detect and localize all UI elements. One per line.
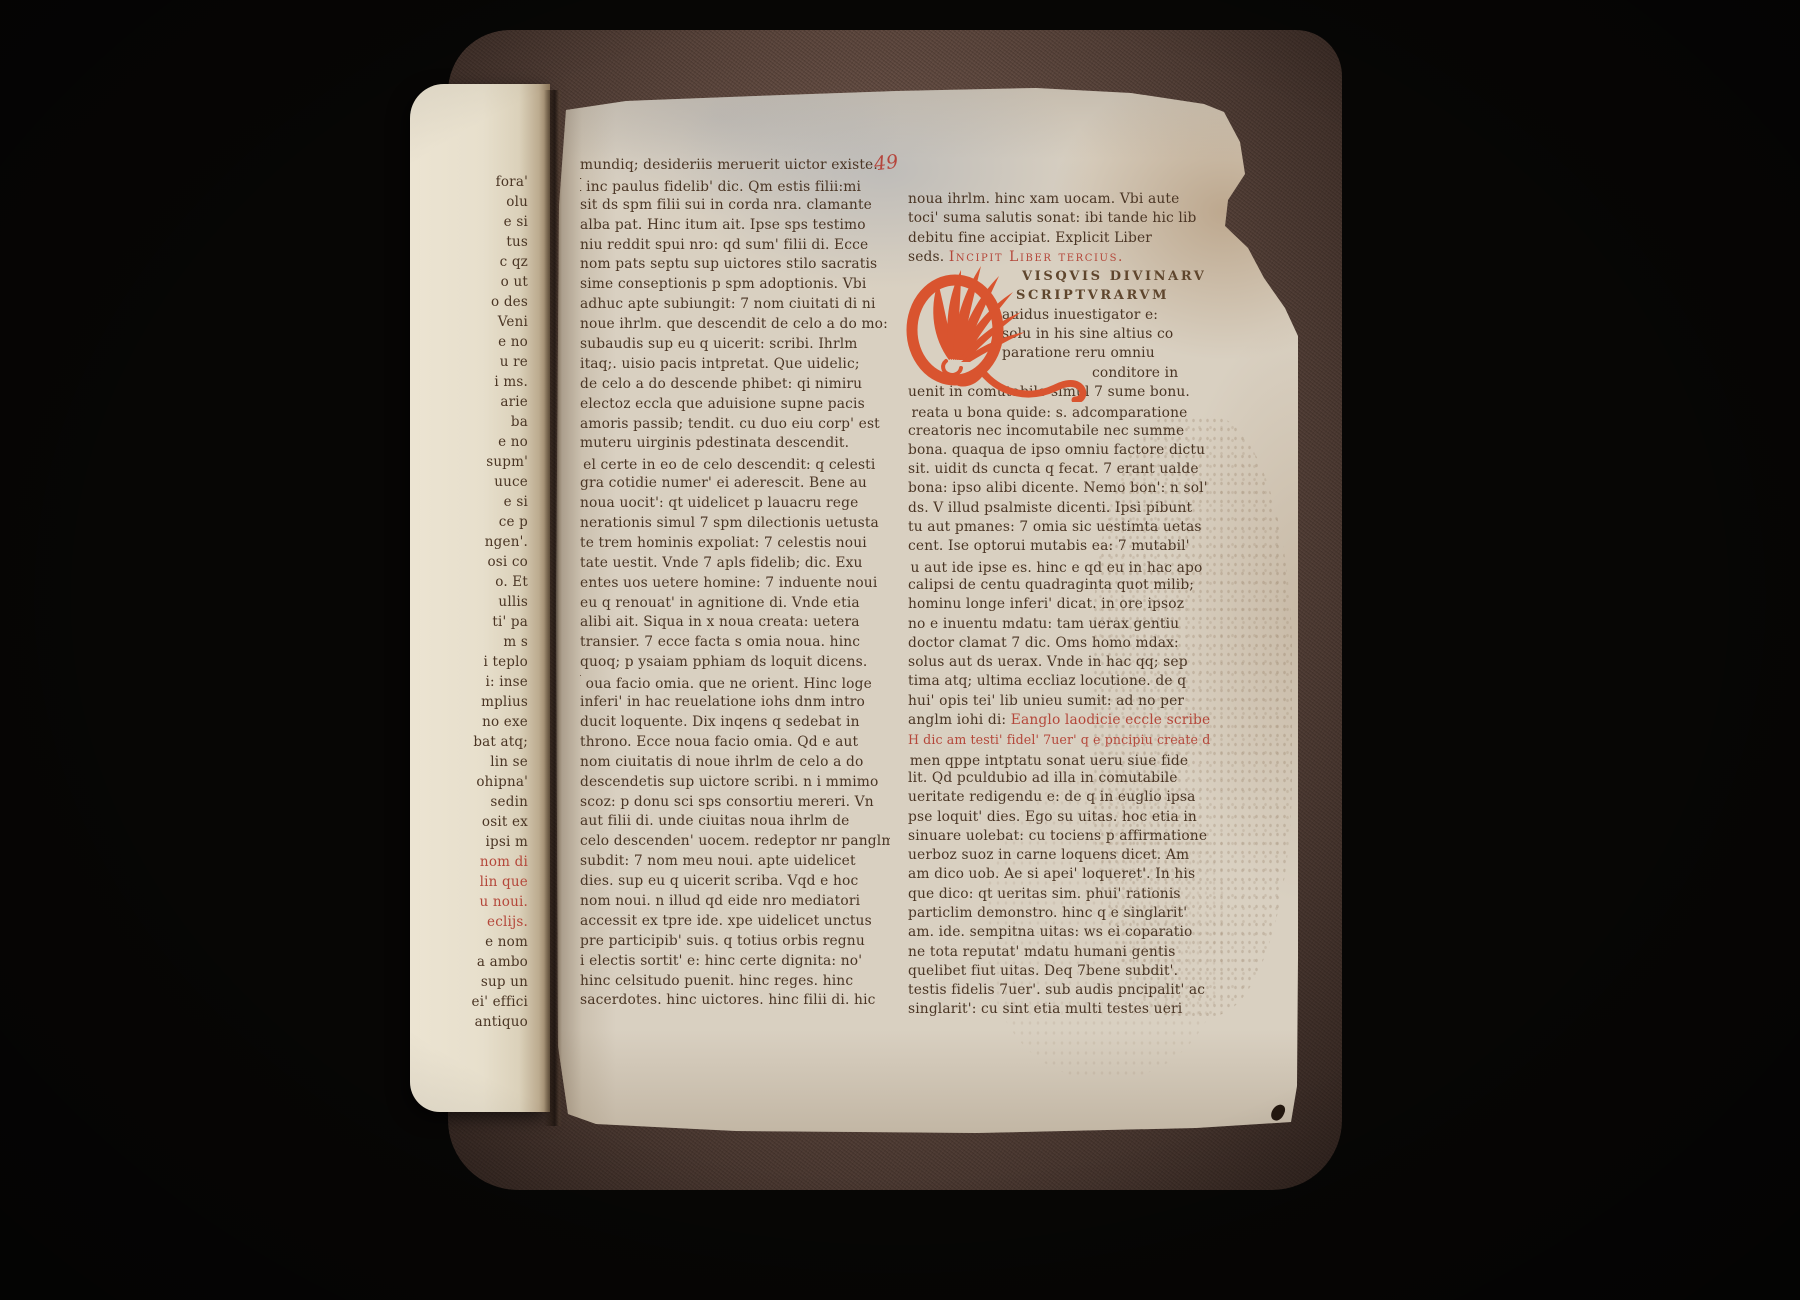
text-line: subaudis sup eu q uicerit: scribi. Ihrlm — [580, 335, 890, 355]
text-line: u noui. — [410, 892, 538, 912]
text-line: solus aut ds uerax. Vnde in hac qq; sep — [908, 653, 1210, 672]
text-line: electoz eccla que aduisione supne pacis — [580, 395, 890, 415]
text-line: lit. Qd pculdubio ad illa in comutabile — [908, 769, 1210, 788]
text-line: e nom — [410, 932, 538, 952]
text-line: ueritate redigendu e: de q in euglio ips… — [908, 788, 1210, 807]
text-run: accessit ex tpre ide. xpe uidelicet unct… — [580, 913, 872, 929]
text-line: ngen'. — [410, 532, 538, 552]
text-line: scoz: p donu sci sps consortiu mereri. V… — [580, 793, 890, 813]
previous-page-fragments: fora'olue situsc qzo uto desVenie nou re… — [410, 172, 538, 1032]
text-run: lit. Qd pculdubio ad illa in comutabile — [908, 770, 1178, 786]
text-line: Veni — [410, 312, 538, 332]
text-line: eclijs. — [410, 912, 538, 932]
manuscript-photo: fora'olue situsc qzo uto desVenie nou re… — [0, 0, 1800, 1300]
text-line: singlarit': cu sint etia multi testes ue… — [908, 1000, 1210, 1019]
text-run: oua facio omia. que ne orient. Hinc loge — [586, 676, 872, 692]
text-run: tus — [506, 234, 528, 250]
text-run: ce p — [499, 514, 528, 530]
text-run: bona: ipso alibi dicente. Nemo bon': n s… — [908, 480, 1208, 496]
text-line: te trem hominis expoliat: 7 celestis nou… — [580, 534, 890, 554]
text-run: sit. uidit ds cuncta q fecat. 7 erant ua… — [908, 461, 1199, 477]
text-run: i electis sortit' e: hinc certe dignita:… — [580, 953, 862, 969]
text-run: uuce — [494, 474, 528, 490]
text-run: reata u bona quide: s. adcomparatione — [911, 405, 1187, 421]
text-line: aut filii di. unde ciuitas noua ihrlm de — [580, 812, 890, 832]
text-line: hominu longe inferi' dicat. in ore ipsoz — [908, 595, 1210, 614]
text-run: ohipna' — [476, 774, 528, 790]
text-line: transier. 7 ecce facta s omia noua. hinc — [580, 633, 890, 653]
text-line: i: inse — [410, 672, 538, 692]
ink-blot — [1269, 1102, 1287, 1122]
text-run: que dico: qt ueritas sim. phui' rationis — [908, 886, 1181, 902]
text-line: eu q renouat' in agnitione di. Vnde etia — [580, 594, 890, 614]
text-line: que dico: qt ueritas sim. phui' rationis — [908, 885, 1210, 904]
text-run: gra cotidie numer' ei aderescit. Bene au — [580, 475, 867, 491]
text-line: o des — [410, 292, 538, 312]
initial-q-tail — [981, 370, 1083, 400]
text-line: nom pats septu sup uictores stilo sacrat… — [580, 255, 890, 275]
text-run: te trem hominis expoliat: 7 celestis nou… — [580, 535, 867, 551]
text-run: e si — [504, 214, 528, 230]
text-run: supm' — [486, 454, 528, 470]
text-line: Amen qppe intptatu sonat ueru siue fide — [908, 750, 1210, 769]
previous-page-edge: fora'olue situsc qzo uto desVenie nou re… — [410, 84, 550, 1112]
text-line: sup un — [410, 972, 538, 992]
text-line: e si — [410, 492, 538, 512]
text-line: Creata u bona quide: s. adcomparatione — [908, 402, 1210, 421]
text-line: uuce — [410, 472, 538, 492]
text-run: e no — [498, 434, 528, 450]
text-run: lin que — [480, 874, 528, 890]
text-line: mplius — [410, 692, 538, 712]
text-run: electoz eccla que aduisione supne pacis — [580, 396, 865, 412]
text-run: muteru uirginis pdestinata descendit. — [580, 435, 849, 451]
text-line: cent. Ise optorui mutabis ea: 7 mutabil' — [908, 537, 1210, 556]
text-line: ba — [410, 412, 538, 432]
text-line: quelibet fiut uitas. Deq 7bene subdit'. — [908, 962, 1210, 981]
text-run: o ut — [501, 274, 528, 290]
text-run: el certe in eo de celo descendit: q cele… — [583, 457, 875, 473]
text-line: noua ihrlm. hinc xam uocam. Vbi aute — [908, 190, 1210, 209]
text-run: tu aut pmanes: 7 omia sic uestimta uetas — [908, 519, 1202, 535]
text-line: Tu aut ide ipse es. hinc e qd eu in hac … — [908, 557, 1210, 576]
text-run: e si — [504, 494, 528, 510]
text-column-left: mundiq; desideriis meruerit uictor exist… — [580, 156, 890, 1011]
text-run: alibi ait. Siqua in x noua creata: ueter… — [580, 614, 860, 630]
text-run: debitu fine accipiat. Explicit Liber — [908, 230, 1152, 246]
text-run: Eanglo laodicie eccle scribe. — [1011, 712, 1210, 728]
text-run: i: inse — [486, 674, 529, 690]
text-line: alibi ait. Siqua in x noua creata: ueter… — [580, 613, 890, 633]
text-line: alba pat. Hinc itum ait. Ipse sps testim… — [580, 216, 890, 236]
text-run: e no — [498, 334, 528, 350]
text-run: hinc celsitudo puenit. hinc reges. hinc — [580, 973, 853, 989]
text-run: conditore in — [1092, 365, 1178, 381]
text-line: osit ex — [410, 812, 538, 832]
text-line: am dico uob. Ae si apei' loqueret'. In h… — [908, 865, 1210, 884]
text-line: de celo a do descende phibet: qi nimiru — [580, 375, 890, 395]
initial-q-curl — [943, 361, 961, 375]
text-run: sime conseptionis p spm adoptionis. Vbi — [580, 276, 866, 292]
text-line: muteru uirginis pdestinata descendit. — [580, 434, 890, 454]
text-run: hui' opis tei' lib unieu sumit: ad no pe… — [908, 693, 1184, 709]
text-line: antiquo — [410, 1012, 538, 1032]
text-line: ne tota reputat' mdatu humani gentis — [908, 943, 1210, 962]
text-run: H dic am testi' fidel' 7uer' q e pncipiu… — [908, 732, 1210, 747]
text-run: sit ds spm filii sui in corda nra. clama… — [580, 197, 872, 213]
text-run: doctor clamat 7 dic. Oms homo mdax: — [908, 635, 1179, 651]
text-line: mundiq; desideriis meruerit uictor exist… — [580, 156, 890, 176]
text-run: i teplo — [483, 654, 528, 670]
text-run: ducit loquente. Dix inqens q sedebat in — [580, 714, 860, 730]
text-run: ti' pa — [492, 614, 528, 630]
text-line: amoris passib; tendit. cu duo eiu corp' … — [580, 415, 890, 435]
text-line: niu reddit spui nro: qd sum' filii di. E… — [580, 236, 890, 256]
text-run: nom ciuitatis di noue ihrlm de celo a do — [580, 754, 863, 770]
text-line: osi co — [410, 552, 538, 572]
text-line: anglm iohi di: Eanglo laodicie eccle scr… — [908, 711, 1210, 730]
text-line: i teplo — [410, 652, 538, 672]
text-run: hominu longe inferi' dicat. in ore ipsoz — [908, 596, 1184, 612]
text-run: nom pats septu sup uictores stilo sacrat… — [580, 256, 877, 272]
text-run: o. Et — [495, 574, 528, 590]
text-run: toci' suma salutis sonat: ibi tande hic … — [908, 210, 1197, 226]
text-run: bona. quaqua de ipso omniu factore dictu — [908, 442, 1205, 458]
text-line: nom noui. n illud qd eide nro mediatori — [580, 892, 890, 912]
text-run: quoq; p ysaiam pphiam ds loquit dicens. — [580, 654, 867, 670]
text-line: no e inuentu mdatu: tam uerax gentiu — [908, 615, 1210, 634]
text-line: Noua facio omia. que ne orient. Hinc log… — [580, 673, 890, 693]
text-line: hui' opis tei' lib unieu sumit: ad no pe… — [908, 692, 1210, 711]
text-line: i ms. — [410, 372, 538, 392]
text-run: c qz — [500, 254, 528, 270]
text-run: dies. sup eu q uicerit scriba. Vqd e hoc — [580, 873, 858, 889]
text-line: e no — [410, 332, 538, 352]
text-run: adhuc apte subiungit: 7 nom ciuitati di … — [580, 296, 876, 312]
text-run: tate uestit. Vnde 7 apls fidelib; dic. E… — [580, 555, 863, 571]
gutter-shadow — [544, 90, 562, 1126]
text-run: subdit: 7 nom meu noui. apte uidelicet — [580, 853, 856, 869]
text-run: ueritate redigendu e: de q in euglio ips… — [908, 789, 1196, 805]
text-line: lin se — [410, 752, 538, 772]
text-run: fora' — [496, 174, 528, 190]
text-line: ohipna' — [410, 772, 538, 792]
text-line: arie — [410, 392, 538, 412]
text-run: singlarit': cu sint etia multi testes ue… — [908, 1001, 1182, 1017]
text-run: u re — [500, 354, 528, 370]
text-run: ds. V illud psalmiste dicenti. Ipsi pibu… — [908, 500, 1192, 516]
text-line: m s — [410, 632, 538, 652]
text-run: inc paulus fidelib' dic. Qm estis filii:… — [586, 179, 861, 195]
text-line: uerboz suoz in carne loquens dicet. Am — [908, 846, 1210, 865]
text-line: lin que — [410, 872, 538, 892]
text-line: Hinc paulus fidelib' dic. Qm estis filii… — [580, 176, 890, 196]
text-line: debitu fine accipiat. Explicit Liber — [908, 229, 1210, 248]
text-run: m s — [503, 634, 528, 650]
text-line: quoq; p ysaiam pphiam ds loquit dicens. — [580, 653, 890, 673]
text-run: quelibet fiut uitas. Deq 7bene subdit'. — [908, 963, 1178, 979]
text-run: tima atq; ultima eccliaz locutione. de q — [908, 673, 1186, 689]
text-run: nom di — [480, 854, 528, 870]
text-run: transier. 7 ecce facta s omia noua. hinc — [580, 634, 860, 650]
text-line: c qz — [410, 252, 538, 272]
text-run: subaudis sup eu q uicerit: scribi. Ihrlm — [580, 336, 858, 352]
text-run: de celo a do descende phibet: qi nimiru — [580, 376, 862, 392]
text-run: am dico uob. Ae si apei' loqueret'. In h… — [908, 866, 1195, 882]
text-run: osit ex — [482, 814, 528, 830]
text-run: creatoris nec incomutabile nec summe — [908, 423, 1184, 439]
text-run: ei' effici — [472, 994, 529, 1010]
text-line: subdit: 7 nom meu noui. apte uidelicet — [580, 852, 890, 872]
text-line: ducit loquente. Dix inqens q sedebat in — [580, 713, 890, 733]
text-line: hinc celsitudo puenit. hinc reges. hinc — [580, 972, 890, 992]
text-run: arie — [500, 394, 528, 410]
text-line: supm' — [410, 452, 538, 472]
text-line: adhuc apte subiungit: 7 nom ciuitati di … — [580, 295, 890, 315]
text-run: mundiq; desideriis meruerit uictor exist… — [580, 157, 878, 173]
text-line: sinuare uolebat: cu tociens p affirmatio… — [908, 827, 1210, 846]
text-line: H dic am testi' fidel' 7uer' q e pncipiu… — [908, 730, 1210, 749]
text-line: celo descenden' uocem. redeptor nr pangl… — [580, 832, 890, 852]
text-run: niu reddit spui nro: qd sum' filii di. E… — [580, 237, 868, 253]
text-line: tu aut pmanes: 7 omia sic uestimta uetas — [908, 518, 1210, 537]
text-run: u noui. — [479, 894, 528, 910]
text-run: inferi' in hac reuelatione iohs dnm intr… — [580, 694, 865, 710]
text-line: ce p — [410, 512, 538, 532]
text-line: testis fidelis 7uer'. sub audis pncipali… — [908, 981, 1210, 1000]
text-line: descendetis sup uictore scribi. n i mmim… — [580, 773, 890, 793]
text-line: ipsi m — [410, 832, 538, 852]
text-line: nerationis simul 7 spm dilectionis uetus… — [580, 514, 890, 534]
text-run: antiquo — [475, 1014, 528, 1030]
text-run: sinuare uolebat: cu tociens p affirmatio… — [908, 828, 1207, 844]
text-run: ngen'. — [485, 534, 528, 550]
folio-number: 49 — [873, 151, 900, 176]
text-line: no exe — [410, 712, 538, 732]
text-run: no e inuentu mdatu: tam uerax gentiu — [908, 616, 1179, 632]
text-line: entes uos uetere homine: 7 induente noui — [580, 574, 890, 594]
illuminated-initial-q — [903, 252, 1093, 402]
text-line: doctor clamat 7 dic. Oms homo mdax: — [908, 634, 1210, 653]
text-line: sit. uidit ds cuncta q fecat. 7 erant ua… — [908, 460, 1210, 479]
text-line: inferi' in hac reuelatione iohs dnm intr… — [580, 693, 890, 713]
text-run: eu q renouat' in agnitione di. Vnde etia — [580, 595, 860, 611]
text-run: uerboz suoz in carne loquens dicet. Am — [908, 847, 1189, 863]
text-run: pse loquit' dies. Ego su uitas. hoc etia… — [908, 809, 1197, 825]
text-run: men qppe intptatu sonat ueru siue fide — [910, 753, 1188, 769]
text-line: sit ds spm filii sui in corda nra. clama… — [580, 196, 890, 216]
text-line: dies. sup eu q uicerit scriba. Vqd e hoc — [580, 872, 890, 892]
text-run: nerationis simul 7 spm dilectionis uetus… — [580, 515, 879, 531]
text-run: nom noui. n illud qd eide nro mediatori — [580, 893, 860, 909]
text-line: tate uestit. Vnde 7 apls fidelib; dic. E… — [580, 554, 890, 574]
text-line: e si — [410, 212, 538, 232]
text-run: entes uos uetere homine: 7 induente noui — [580, 575, 877, 591]
text-line: sacerdotes. hinc uictores. hinc filii di… — [580, 991, 890, 1011]
text-run: noue ihrlm. que descendit de celo a do m… — [580, 316, 888, 332]
text-line: noua uocit': qt uidelicet p lauacru rege — [580, 494, 890, 514]
text-run: osi co — [487, 554, 528, 570]
text-run: throno. Ecce noua facio omia. Qd e aut — [580, 734, 858, 750]
text-line: o. Et — [410, 572, 538, 592]
text-run: lin se — [490, 754, 528, 770]
text-line: ds. V illud psalmiste dicenti. Ipsi pibu… — [908, 499, 1210, 518]
text-line: creatoris nec incomutabile nec summe — [908, 422, 1210, 441]
text-run: Veni — [498, 314, 528, 330]
text-line: tus — [410, 232, 538, 252]
text-run: pre participib' suis. q totius orbis reg… — [580, 933, 865, 949]
text-run: sedin — [490, 794, 528, 810]
text-run: itaq;. uisio pacis intpretat. Que uideli… — [580, 356, 860, 372]
text-run: calipsi de centu quadraginta quot milib; — [908, 577, 1194, 593]
text-run: eclijs. — [487, 914, 528, 930]
text-line: pse loquit' dies. Ego su uitas. hoc etia… — [908, 808, 1210, 827]
text-run: particlim demonstro. hinc q e singlarit' — [908, 905, 1187, 921]
text-line: bat atq; — [410, 732, 538, 752]
text-run: ullis — [498, 594, 528, 610]
text-line: e no — [410, 432, 538, 452]
text-run: alba pat. Hinc itum ait. Ipse sps testim… — [580, 217, 866, 233]
text-run: bat atq; — [473, 734, 528, 750]
text-line: fora' — [410, 172, 538, 192]
text-line: noue ihrlm. que descendit de celo a do m… — [580, 315, 890, 335]
text-line: ei' effici — [410, 992, 538, 1012]
manuscript-page: 49 mundiq; desideriis meruerit uictor ex… — [556, 86, 1298, 1134]
text-line: toci' suma salutis sonat: ibi tande hic … — [908, 209, 1210, 228]
text-run: cent. Ise optorui mutabis ea: 7 mutabil' — [908, 538, 1190, 554]
text-line: bona. quaqua de ipso omniu factore dictu — [908, 441, 1210, 460]
text-run: amoris passib; tendit. cu duo eiu corp' … — [580, 416, 880, 432]
text-run: e nom — [485, 934, 528, 950]
text-run: aut filii di. unde ciuitas noua ihrlm de — [580, 813, 850, 829]
text-line: pre participib' suis. q totius orbis reg… — [580, 932, 890, 952]
text-run: ba — [511, 414, 528, 430]
text-run: sup un — [481, 974, 528, 990]
text-line: sime conseptionis p spm adoptionis. Vbi — [580, 275, 890, 295]
text-run: sacerdotes. hinc uictores. hinc filii di… — [580, 992, 876, 1008]
text-line: o ut — [410, 272, 538, 292]
text-line: gra cotidie numer' ei aderescit. Bene au — [580, 474, 890, 494]
text-line: nom ciuitatis di noue ihrlm de celo a do — [580, 753, 890, 773]
text-run: anglm iohi di: — [908, 712, 1011, 728]
text-line: accessit ex tpre ide. xpe uidelicet unct… — [580, 912, 890, 932]
text-run: o des — [491, 294, 528, 310]
text-run: mplius — [481, 694, 528, 710]
text-run: descendetis sup uictore scribi. n i mmim… — [580, 774, 879, 790]
text-run: ipsi m — [486, 834, 529, 850]
text-line: Vel certe in eo de celo descendit: q cel… — [580, 454, 890, 474]
text-line: a ambo — [410, 952, 538, 972]
text-run: celo descenden' uocem. redeptor nr pangl… — [580, 833, 890, 849]
text-run: noua uocit': qt uidelicet p lauacru rege — [580, 495, 858, 511]
text-line: am. ide. sempitna uitas: ws ei coparatio — [908, 923, 1210, 942]
text-run: am. ide. sempitna uitas: ws ei coparatio — [908, 924, 1192, 940]
text-run: u aut ide ipse es. hinc e qd eu in hac a… — [911, 560, 1203, 576]
text-line: nom di — [410, 852, 538, 872]
text-line: tima atq; ultima eccliaz locutione. de q — [908, 672, 1210, 691]
text-run: i ms. — [494, 374, 528, 390]
text-line: throno. Ecce noua facio omia. Qd e aut — [580, 733, 890, 753]
text-line: u re — [410, 352, 538, 372]
text-run: testis fidelis 7uer'. sub audis pncipali… — [908, 982, 1205, 998]
text-line: olu — [410, 192, 538, 212]
text-run: ne tota reputat' mdatu humani gentis — [908, 944, 1175, 960]
text-line: ti' pa — [410, 612, 538, 632]
text-run: no exe — [482, 714, 528, 730]
text-line: ullis — [410, 592, 538, 612]
text-line: particlim demonstro. hinc q e singlarit' — [908, 904, 1210, 923]
text-line: calipsi de centu quadraginta quot milib; — [908, 576, 1210, 595]
text-line: itaq;. uisio pacis intpretat. Que uideli… — [580, 355, 890, 375]
text-run: noua ihrlm. hinc xam uocam. Vbi aute — [908, 191, 1179, 207]
text-run: olu — [506, 194, 528, 210]
text-line: sedin — [410, 792, 538, 812]
text-line: i electis sortit' e: hinc certe dignita:… — [580, 952, 890, 972]
text-run: a ambo — [477, 954, 528, 970]
text-run: solus aut ds uerax. Vnde in hac qq; sep — [908, 654, 1188, 670]
text-run: scoz: p donu sci sps consortiu mereri. V… — [580, 794, 874, 810]
text-line: bona: ipso alibi dicente. Nemo bon': n s… — [908, 479, 1210, 498]
